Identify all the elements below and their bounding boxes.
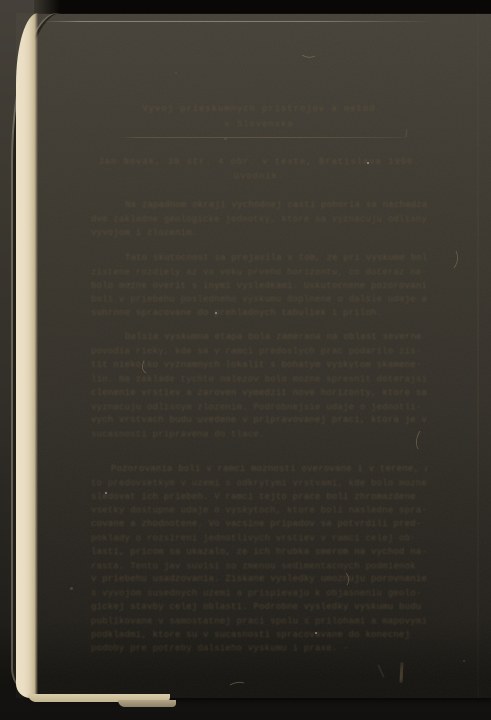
- show-through-line: Vyvoj prieskumnych pristrojov a metod: [91, 102, 427, 117]
- show-through-line: publikovane v samostatnej praci spolu s …: [91, 615, 427, 629]
- show-through-line: sucasnosti pripravena do tlace.: [91, 429, 427, 443]
- show-through-line: Tato skutocnost sa prejavila v tom, ze p…: [125, 252, 427, 266]
- show-through-line: zistene rozdiely az vo veku prveho horiz…: [91, 266, 427, 280]
- paper-speck: [175, 72, 177, 74]
- show-through-line: Uvodnik.: [91, 169, 427, 183]
- show-through-line: s vyvojom susednych uzemi a prispievaju …: [91, 587, 427, 601]
- show-through-line: gickej stavby celej oblasti. Podrobne vy…: [91, 601, 427, 615]
- show-through-line: povodia rieky, kde sa v ramci predoslych…: [91, 345, 427, 359]
- show-through-line: bolo mozne overit s inymi vysledkami. Us…: [91, 280, 427, 294]
- show-through-line: podkladmi, ktore su v sucasnosti spracov…: [91, 629, 427, 643]
- show-through-subheading: Jan Novak, 30 str. 4 obr. v texte, Brati…: [91, 155, 427, 183]
- show-through-line: lasti, pricom sa ukazalo, ze ich hrubka …: [91, 546, 427, 560]
- paper-speck: [224, 137, 227, 140]
- show-through-line: vych vrstvach budu uvedene v pripravovan…: [91, 414, 427, 428]
- paper-speck: [128, 283, 130, 285]
- show-through-line: Na zapadnom okraji vychodnej casti pohor…: [125, 199, 427, 213]
- show-through-line: tit niekolko vyznamnych lokalit s bohaty…: [91, 359, 427, 373]
- show-through-line: poklady o rozsireni jednotlivych vrstiev…: [91, 532, 427, 546]
- show-through-line: v Slovenska: [91, 117, 427, 132]
- show-through-line: vyznacuju odlisnym zlozenim. Podrobnejsi…: [91, 401, 427, 415]
- show-through-line: v priebehu usadzovania. Ziskane vysledky…: [91, 573, 427, 587]
- show-through-line: vsetky dostupne udaje o vyskytoch, ktore…: [91, 505, 427, 519]
- underlying-page-edge-step-2: [118, 700, 176, 707]
- show-through-rule: [120, 137, 412, 138]
- paper-speck: [70, 587, 73, 590]
- show-through-line: vyvojom i zlozenim.: [91, 227, 427, 241]
- show-through-line: podoby pre potreby dalsieho vyskumu i pr…: [91, 643, 427, 657]
- show-through-line: lin. Na zaklade tychto nalezov bolo mozn…: [91, 373, 427, 387]
- scanner-shadow-top: [34, 0, 491, 14]
- show-through-line: Dalsia vyskumna etapa bola zamerana na o…: [125, 331, 427, 345]
- scanned-page-photo: Vyvoj prieskumnych pristrojov a metodv S…: [0, 0, 491, 720]
- show-through-text-layer: Vyvoj prieskumnych pristrojov a metodv S…: [16, 13, 491, 698]
- show-through-line: dve zakladne geologicke jednotky, ktore …: [91, 213, 427, 227]
- show-through-line: sledovat ich priebeh. V ramci tejto prac…: [91, 491, 427, 505]
- book-page: Vyvoj prieskumnych pristrojov a metodv S…: [16, 13, 491, 698]
- show-through-line: covane a zhodnotene. Vo vacsine pripadov…: [91, 518, 427, 532]
- paper-speck: [463, 660, 465, 662]
- show-through-paragraph-3: Dalsia vyskumna etapa bola zamerana na o…: [91, 331, 427, 442]
- show-through-line: suhrnne spracovane do prehladnych tabuli…: [91, 307, 427, 321]
- show-through-line: to predovsetkym v uzemi s odkrytymi vrst…: [91, 477, 427, 491]
- show-through-line: Pozorovania boli v ramci moznosti overov…: [111, 463, 427, 477]
- show-through-paragraph-4: Pozorovania boli v ramci moznosti overov…: [91, 463, 427, 656]
- show-through-line: Jan Novak, 30 str. 4 obr. v texte, Brati…: [91, 155, 427, 169]
- show-through-line: rasta. Tento jav suvisi so zmenou sedime…: [91, 560, 427, 574]
- show-through-line: boli v priebehu posledneho vyskumu dopln…: [91, 294, 427, 308]
- show-through-paragraph-2: Tato skutocnost sa prejavila v tom, ze p…: [91, 252, 427, 321]
- show-through-line: clenenie vrstiev a zaroven vymedzit nove…: [91, 387, 427, 401]
- show-through-paragraph-1: Na zapadnom okraji vychodnej casti pohor…: [91, 199, 427, 240]
- show-through-heading: Vyvoj prieskumnych pristrojov a metodv S…: [91, 102, 427, 132]
